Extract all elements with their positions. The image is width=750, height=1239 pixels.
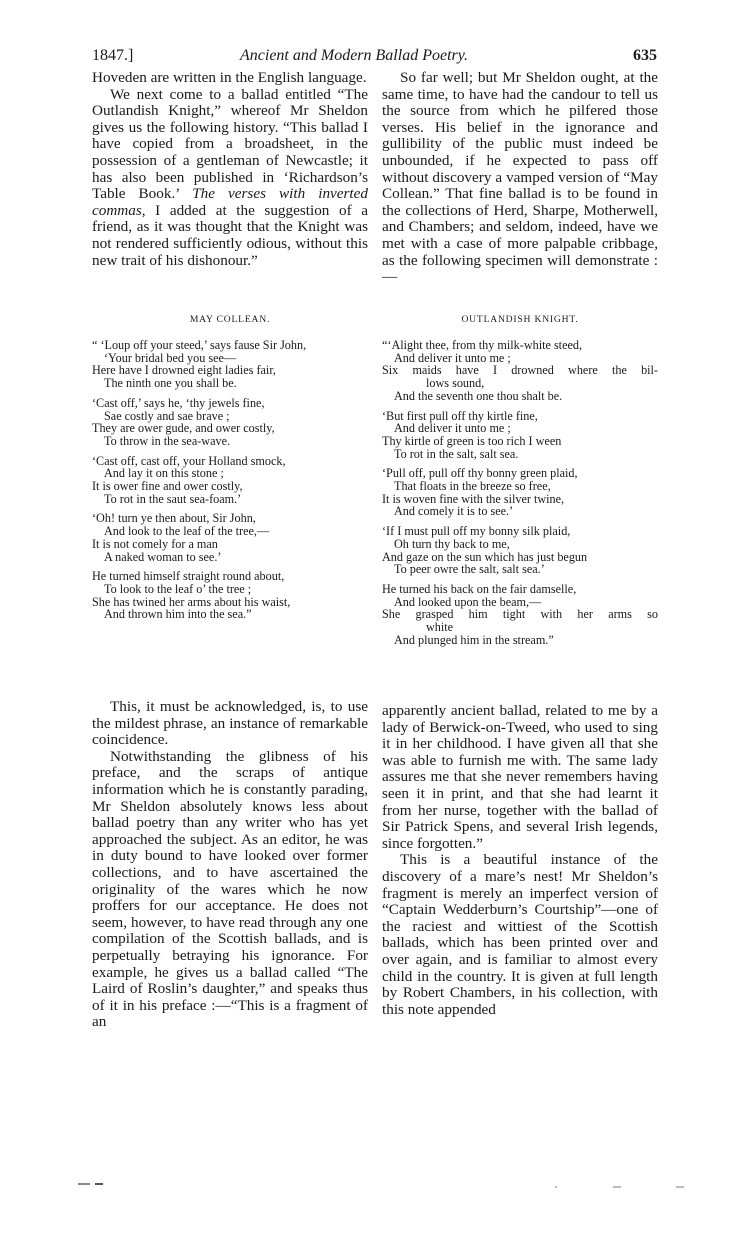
ballad-title: MAY COLLEAN. xyxy=(92,314,368,325)
verse-line: To rot in the salt, salt sea. xyxy=(382,448,658,461)
paragraph: Notwithstanding the glibness of his pref… xyxy=(92,749,368,1031)
header-year: 1847.] xyxy=(92,47,133,65)
right-column-after: apparently ancient ballad, related to me… xyxy=(382,703,658,1018)
right-ballad: OUTLANDISH KNIGHT. “‘Alight thee, from t… xyxy=(382,314,658,653)
stanza: He turned himself straight round about, … xyxy=(92,570,368,621)
scan-artifact xyxy=(95,1183,103,1185)
verse-line: To throw in the sea-wave. xyxy=(92,435,368,448)
stanza: ‘But first pull off thy kirtle fine, And… xyxy=(382,410,658,461)
stanza: “‘Alight thee, from thy milk-white steed… xyxy=(382,339,658,403)
stanza: ‘Oh! turn ye then about, Sir John, And l… xyxy=(92,512,368,563)
verse-line: “ ‘Loup off your steed,’ says fause Sir … xyxy=(92,339,368,352)
verse-line: white xyxy=(382,621,658,634)
running-header: 1847.] Ancient and Modern Ballad Poetry.… xyxy=(92,47,657,67)
paragraph: apparently ancient ballad, related to me… xyxy=(382,703,658,852)
verse-line: And comely it is to see.’ xyxy=(382,505,658,518)
paragraph: Hoveden are written in the English langu… xyxy=(92,70,368,87)
verse-line: Six maids have I drowned where the bil- xyxy=(382,364,658,377)
verse-line: And thrown him into the sea.” xyxy=(92,608,368,621)
stanza: He turned his back on the fair damselle,… xyxy=(382,583,658,647)
paragraph: This, it must be acknowledged, is, to us… xyxy=(92,699,368,749)
scan-artifact xyxy=(676,1186,684,1188)
ballad-body: “ ‘Loup off your steed,’ says fause Sir … xyxy=(92,339,368,621)
verse-line: To rot in the saut sea-foam.’ xyxy=(92,493,368,506)
verse-line: And plunged him in the stream.” xyxy=(382,634,658,647)
paragraph: So far well; but Mr Sheldon ought, at th… xyxy=(382,70,658,286)
stanza: ‘Cast off, cast off, your Holland smock,… xyxy=(92,455,368,506)
verse-line: To look to the leaf o’ the tree ; xyxy=(92,583,368,596)
stanza: ‘If I must pull off my bonny silk plaid,… xyxy=(382,525,658,576)
ballad-title: OUTLANDISH KNIGHT. xyxy=(382,314,658,325)
verse-line: lows sound, xyxy=(382,377,658,390)
left-ballad: MAY COLLEAN. “ ‘Loup off your steed,’ sa… xyxy=(92,314,368,628)
scan-artifact xyxy=(78,1183,90,1185)
verse-line: She grasped him tight with her arms so xyxy=(382,608,658,621)
verse-line: And the seventh one thou shalt be. xyxy=(382,390,658,403)
verse-line: It is not comely for a man xyxy=(92,538,368,551)
paragraph: This is a beautiful instance of the disc… xyxy=(382,852,658,1018)
verse-line: He turned his back on the fair damselle, xyxy=(382,583,658,596)
header-running-title: Ancient and Modern Ballad Poetry. xyxy=(240,47,468,65)
verse-line: ‘If I must pull off my bonny silk plaid, xyxy=(382,525,658,538)
verse-line: Oh turn thy back to me, xyxy=(382,538,658,551)
verse-line: ‘Cast off,’ says he, ‘thy jewels fine, xyxy=(92,397,368,410)
verse-line: Thy kirtle of green is too rich I ween xyxy=(382,435,658,448)
scan-artifact xyxy=(555,1186,557,1188)
left-column-after: This, it must be acknowledged, is, to us… xyxy=(92,699,368,1031)
verse-line: And look to the leaf of the tree,— xyxy=(92,525,368,538)
verse-line: It is ower fine and ower costly, xyxy=(92,480,368,493)
right-column-intro: So far well; but Mr Sheldon ought, at th… xyxy=(382,70,658,286)
stanza: ‘Cast off,’ says he, ‘thy jewels fine, S… xyxy=(92,397,368,448)
scan-artifact xyxy=(613,1186,621,1188)
verse-line: A naked woman to see.’ xyxy=(92,551,368,564)
ballad-body: “‘Alight thee, from thy milk-white steed… xyxy=(382,339,658,646)
verse-line: To peer owre the salt, salt sea.’ xyxy=(382,563,658,576)
paragraph: We next come to a ballad entitled “The O… xyxy=(92,87,368,270)
left-column-intro: Hoveden are written in the English langu… xyxy=(92,70,368,269)
stanza: ‘Pull off, pull off thy bonny green plai… xyxy=(382,467,658,518)
page-number: 635 xyxy=(633,47,657,65)
stanza: “ ‘Loup off your steed,’ says fause Sir … xyxy=(92,339,368,390)
verse-line: The ninth one you shall be. xyxy=(92,377,368,390)
verse-line: That floats in the breeze so free, xyxy=(382,480,658,493)
verse-line: “‘Alight thee, from thy milk-white steed… xyxy=(382,339,658,352)
